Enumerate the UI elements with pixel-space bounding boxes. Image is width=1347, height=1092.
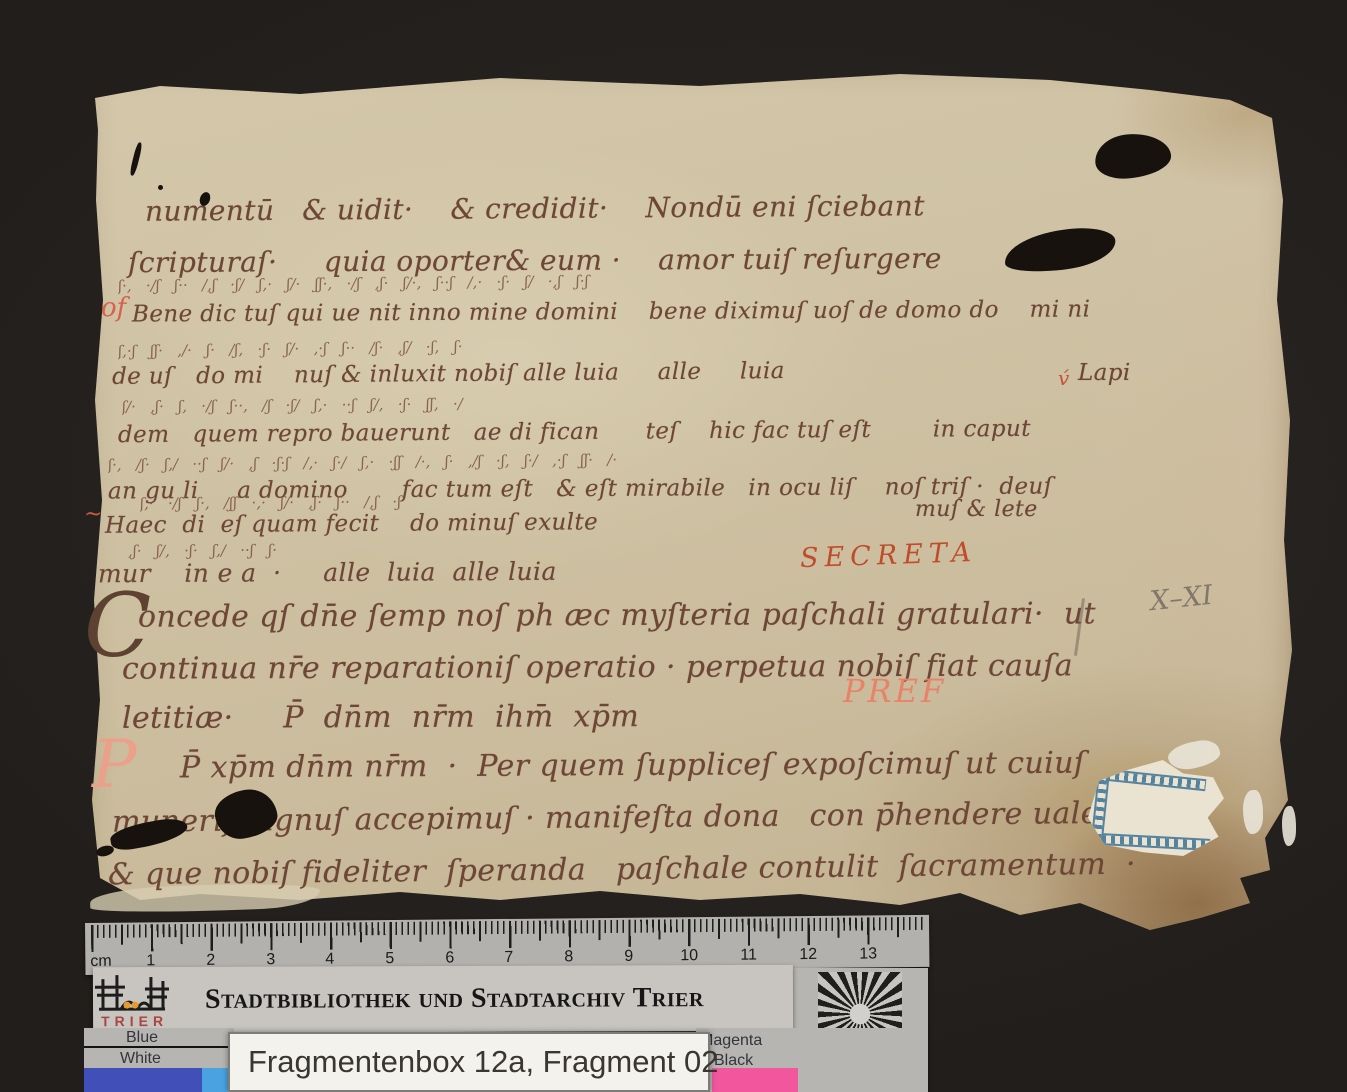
ruler-number: 6 [445, 949, 454, 967]
fragment-id-text: Fragmentenbox 12a, Fragment 02 [248, 1044, 718, 1080]
ruler-number: 12 [799, 946, 817, 964]
trier-logo: TRIER [93, 969, 197, 1031]
text-line: Haec di eſ quam fecit do minuſ exulte [105, 509, 598, 538]
text-line: P̄ xp̄m dn̄m nr̄m · Per quem ſuppliceſ e… [180, 746, 1086, 786]
text-line: oncede qſ dn̄e ſemp noſ ph æc myſteria p… [138, 596, 1096, 634]
initial-p: P [92, 732, 136, 798]
card-divider [84, 1046, 234, 1048]
ruler-number: 8 [564, 948, 573, 966]
paper-remnant [1282, 806, 1296, 846]
pencil-shelfmark: X–XI [1149, 580, 1215, 617]
library-label-title: Stadtbibliothek und Stadtarchiv Trier [205, 982, 704, 1016]
ruler-number: 10 [680, 947, 698, 965]
versus-rubric: v́ [1058, 366, 1069, 390]
paper-remnant [1243, 790, 1263, 834]
text-line: numentū & uidit· & credidit· Nondū eni ſ… [145, 189, 925, 227]
ruler-number: 9 [624, 948, 633, 966]
text-line: letitiæ· P̄ dn̄m nr̄m ihm̄ xp̄m [122, 699, 639, 736]
color-label-blue: Blue [126, 1029, 158, 1047]
ruler-number: 7 [504, 949, 513, 967]
swatch-magenta [712, 1068, 798, 1092]
color-card-left: Blue White [84, 1028, 234, 1092]
text-line: Lapi [1078, 360, 1131, 386]
red-squiggle: ~ [84, 502, 102, 527]
library-label: TRIER Stadtbibliothek und Stadtarchiv Tr… [93, 965, 793, 1033]
ink-dot [158, 185, 163, 190]
color-label-white: White [120, 1050, 161, 1068]
text-line: muſ & lete [915, 497, 1038, 522]
offertory-rubric: of [101, 293, 126, 323]
text-line: mur in e a · alle luia alle luia [98, 557, 557, 588]
text-line: Bene dic tuſ qui ue nit inno mine domini… [132, 296, 1090, 327]
ruler-number: 13 [859, 945, 877, 963]
swatch-blue [84, 1068, 202, 1092]
fragment-id-label: Fragmentenbox 12a, Fragment 02 [228, 1032, 710, 1092]
preface-rubric: PREF [843, 672, 946, 710]
color-card-right: Magenta Black [696, 1028, 928, 1092]
trier-logo-text: TRIER [101, 1013, 168, 1029]
ruler-number: 11 [740, 947, 757, 965]
secreta-rubric: SECRETA [800, 537, 978, 574]
scan-background: numentū & uidit· & credidit· Nondū eni ſ… [0, 0, 1347, 1092]
